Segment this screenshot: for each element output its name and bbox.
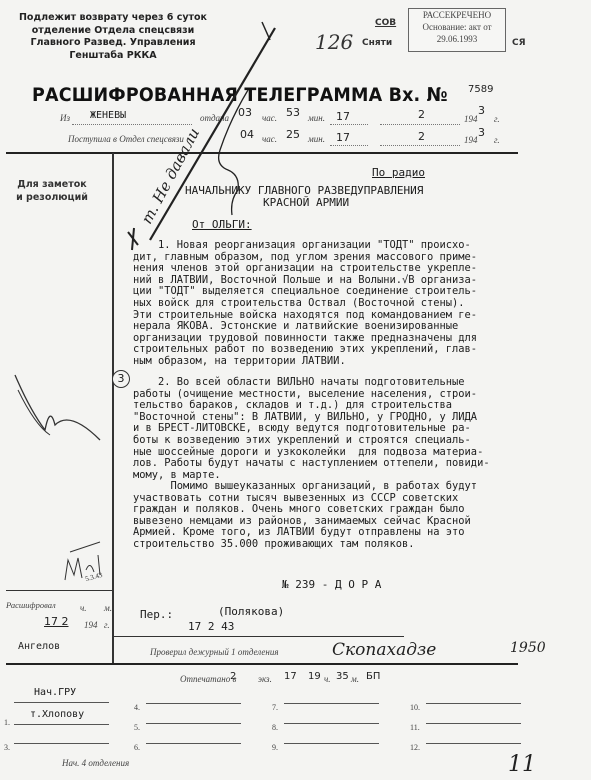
deciphered-label: Расшифровал bbox=[6, 600, 56, 610]
label-min: мин. bbox=[308, 134, 325, 144]
distribution-item: 1. т.Хлопову bbox=[4, 710, 10, 729]
return-stamp-line: Подлежит возврату через 6 суток bbox=[18, 12, 208, 25]
deciphered-date: 17 2 bbox=[44, 615, 69, 628]
printed-hour: 19 bbox=[308, 671, 321, 682]
received-hour: 04 bbox=[240, 128, 254, 141]
column-divider bbox=[112, 153, 114, 663]
duty-officer-signature: Скопахадзе bbox=[332, 640, 436, 660]
distribution-item: 9. bbox=[272, 735, 278, 754]
notes-label: Для заметок и резолюций bbox=[16, 178, 88, 204]
received-year-prefix: 194 bbox=[464, 135, 478, 145]
addressee: НАЧАЛЬНИКУ ГЛАВНОГО РАЗВЕДУПРАВЛЕНИЯ КРА… bbox=[185, 185, 423, 209]
translator-name: (Полякова) bbox=[218, 605, 284, 618]
label-min: м. bbox=[104, 603, 112, 613]
label-hour: час. bbox=[262, 113, 277, 123]
label-year: г. bbox=[494, 114, 500, 124]
label-year: г. bbox=[494, 135, 500, 145]
agent-signature: № 239 - Д О Р А bbox=[282, 578, 381, 591]
label-min: м. bbox=[351, 674, 359, 684]
paragraph-2: 2. Во всей области ВИЛЬНО начаты подгото… bbox=[133, 377, 490, 481]
label-copies: экз. bbox=[258, 674, 272, 684]
translator-label: Пер.: bbox=[140, 608, 173, 621]
label-hour: ч. bbox=[80, 603, 87, 613]
decipherer-name: Ангелов bbox=[18, 641, 60, 652]
document-title: РАСШИФРОВАННАЯ ТЕЛЕГРАММА Вх. № bbox=[32, 84, 448, 106]
label-hour: час. bbox=[262, 134, 277, 144]
printed-label: Отпечатано в bbox=[180, 674, 236, 684]
paragraph-3: Помимо вышеуказанных организаций, в рабо… bbox=[133, 481, 477, 551]
translator-date: 17 2 43 bbox=[188, 620, 234, 633]
distribution-item: 12. bbox=[410, 735, 420, 754]
page-mark: 11 bbox=[508, 752, 536, 777]
printed-day: 17 bbox=[284, 671, 297, 682]
checked-time: 1950 bbox=[510, 640, 546, 656]
paragraph-1: 1. Новая реорганизация организации "ТОДТ… bbox=[133, 240, 477, 368]
printed-code: БП bbox=[366, 671, 380, 682]
transmission-via: По радио bbox=[372, 166, 425, 179]
declass-line: РАССЕКРЕЧЕНО bbox=[409, 9, 505, 21]
label-sent: отдана bbox=[200, 113, 229, 123]
divider bbox=[6, 663, 518, 665]
distribution-item: 5. bbox=[134, 715, 140, 734]
incoming-number: 7589 bbox=[468, 84, 493, 95]
secret-label: СОВ bbox=[375, 18, 396, 28]
handwritten-number: 126 bbox=[315, 30, 353, 54]
label-hour: ч. bbox=[324, 674, 331, 684]
declassification-stamp: РАССЕКРЕЧЕНО Основание: акт от 29.06.199… bbox=[408, 8, 506, 52]
label-from: Из bbox=[60, 113, 70, 123]
return-stamp-line: отделение Отдела спецсвязи bbox=[18, 25, 208, 38]
sent-year-prefix: 194 bbox=[464, 114, 478, 124]
declass-line: 29.06.1993 bbox=[409, 33, 505, 45]
distribution-item: 6. bbox=[134, 735, 140, 754]
divider bbox=[6, 152, 518, 154]
label-min: мин. bbox=[308, 113, 325, 123]
return-stamp: Подлежит возврату через 6 суток отделени… bbox=[18, 12, 208, 62]
secret-label-suffix: СЯ bbox=[512, 38, 526, 48]
declass-line: Основание: акт от bbox=[409, 21, 505, 33]
handwritten-scribble-icon bbox=[10, 370, 105, 450]
sender-city: ЖЕНЕВЫ bbox=[90, 110, 126, 121]
printed-copies: 2 bbox=[230, 671, 236, 682]
sender: От ОЛЬГИ: bbox=[192, 218, 252, 231]
circled-mark: 3 bbox=[112, 370, 130, 388]
return-stamp-line: Генштаба РККА bbox=[18, 50, 208, 63]
distribution-item: 7. bbox=[272, 695, 278, 714]
distribution-item: 3. bbox=[4, 735, 10, 754]
printed-minute: 35 bbox=[336, 671, 349, 682]
deciphered-year: 194 bbox=[84, 620, 98, 630]
distribution-item: 11. bbox=[410, 715, 420, 734]
sent-minute: 53 bbox=[286, 106, 300, 119]
sent-month: 2 bbox=[418, 108, 425, 121]
sent-year-suffix: 3 bbox=[478, 104, 485, 117]
received-day: 17 bbox=[336, 131, 350, 144]
sent-hour: 03 bbox=[238, 106, 252, 119]
label-received: Поступила в Отдел спецсвязи bbox=[68, 134, 184, 144]
label-year: г. bbox=[104, 620, 110, 630]
department-head-label: Нач. 4 отделения bbox=[62, 758, 129, 768]
received-minute: 25 bbox=[286, 128, 300, 141]
received-year-suffix: 3 bbox=[478, 126, 485, 139]
distribution-item: 10. bbox=[410, 695, 420, 714]
return-stamp-line: Главного Развед. Управления bbox=[18, 37, 208, 50]
distribution-item: 4. bbox=[134, 695, 140, 714]
distribution-item: 8. bbox=[272, 715, 278, 734]
sent-day: 17 bbox=[336, 110, 350, 123]
secret-label-removed: Сняти bbox=[362, 38, 392, 48]
checked-label: Проверил дежурный 1 отделения bbox=[150, 647, 279, 657]
received-month: 2 bbox=[418, 130, 425, 143]
